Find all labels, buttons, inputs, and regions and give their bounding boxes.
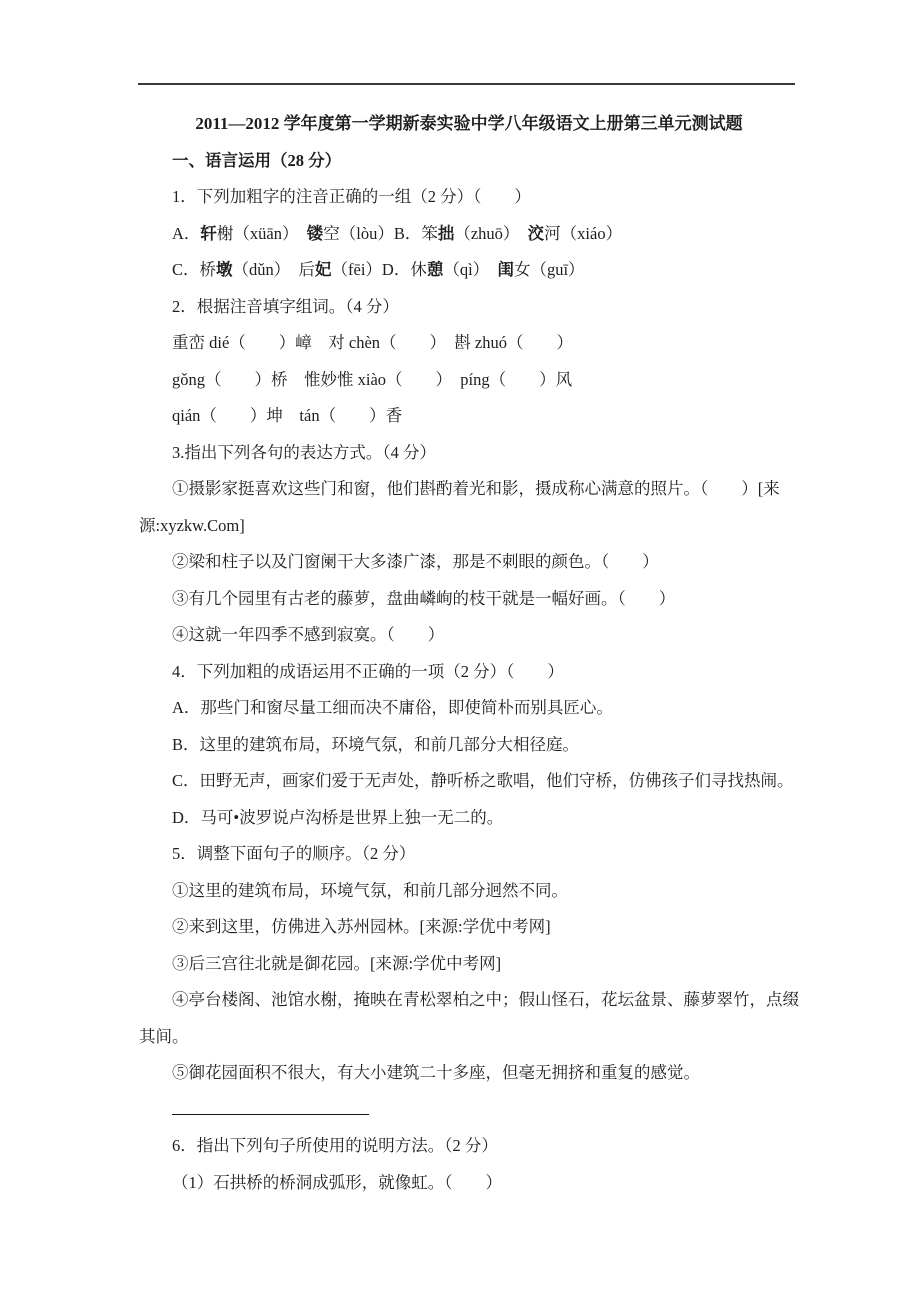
paragraph: 1．下列加粗字的注音正确的一组（2 分）（ ） xyxy=(139,179,799,216)
text-segment: gǒng（ ）桥 惟妙惟 xiào（ ） píng（ ）风 xyxy=(172,370,572,389)
paragraph: 重峦 dié（ ）嶂 对 chèn（ ） 斟 zhuó（ ） xyxy=(139,325,799,362)
text-segment: 2．根据注音填字组词。（4 分） xyxy=(172,297,399,316)
answer-blank xyxy=(139,1092,799,1129)
bold-char: 镂 xyxy=(307,224,324,243)
paragraph: gǒng（ ）桥 惟妙惟 xiào（ ） píng（ ）风 xyxy=(139,362,799,399)
document-body: 2011—2012 学年度第一学期新泰实验中学八年级语文上册第三单元测试题一、语… xyxy=(139,106,799,1201)
bold-char: 憩 xyxy=(427,260,444,279)
paragraph: ②梁和柱子以及门窗阑干大多漆广漆，那是不刺眼的颜色。（ ） xyxy=(139,544,799,581)
text-segment: （fēi）D．休 xyxy=(332,260,427,279)
document-page: 2011—2012 学年度第一学期新泰实验中学八年级语文上册第三单元测试题一、语… xyxy=(0,0,920,1302)
paragraph: ②来到这里，仿佛进入苏州园林。[来源:学优中考网] xyxy=(139,909,799,946)
paragraph: 5．调整下面句子的顺序。（2 分） xyxy=(139,836,799,873)
text-segment: 榭（xüān） xyxy=(217,224,307,243)
text-segment: ④这就一年四季不感到寂寞。（ ） xyxy=(172,625,444,644)
text-segment: B．这里的建筑布局，环境气氛，和前几部分大相径庭。 xyxy=(172,735,579,754)
paragraph: ①这里的建筑布局，环境气氛，和前几部分迥然不同。 xyxy=(139,873,799,910)
paragraph: 6．指出下列句子所使用的说明方法。（2 分） xyxy=(139,1128,799,1165)
text-segment: 5．调整下面句子的顺序。（2 分） xyxy=(172,844,415,863)
text-segment: 河（xiáo） xyxy=(544,224,622,243)
text-segment: 女（guī） xyxy=(514,260,585,279)
paragraph: B．这里的建筑布局，环境气氛，和前几部分大相径庭。 xyxy=(139,727,799,764)
paragraph: ①摄影家挺喜欢这些门和窗，他们斟酌着光和影，摄成称心满意的照片。（ ）[来源:x… xyxy=(139,471,799,544)
answer-blank-line xyxy=(172,1099,369,1115)
text-segment: C．桥 xyxy=(172,260,216,279)
text-segment: D．马可•波罗说卢沟桥是世界上独一无二的。 xyxy=(172,808,503,827)
text-segment: ②来到这里，仿佛进入苏州园林。[来源:学优中考网] xyxy=(172,917,551,936)
text-segment: （1）石拱桥的桥洞成弧形，就像虹。（ ） xyxy=(172,1173,502,1192)
paragraph: ③后三宫往北就是御花园。[来源:学优中考网] xyxy=(139,946,799,983)
paragraph: ④这就一年四季不感到寂寞。（ ） xyxy=(139,617,799,654)
text-segment: ①摄影家挺喜欢这些门和窗，他们斟酌着光和影，摄成称心满意的照片。（ ）[来源:x… xyxy=(139,479,780,535)
bold-char: 2011—2012 学年度第一学期新泰实验中学八年级语文上册第三单元测试题 xyxy=(195,114,742,133)
text-segment: qián（ ）坤 tán（ ）香 xyxy=(172,406,402,425)
paragraph: 2．根据注音填字组词。（4 分） xyxy=(139,289,799,326)
paragraph: C．桥墩（dǔn） 后妃（fēi）D．休憩（qì） 闺女（guī） xyxy=(139,252,799,289)
text-segment: 4．下列加粗的成语运用不正确的一项（2 分）（ ） xyxy=(172,662,564,681)
bold-char: 轩 xyxy=(200,224,217,243)
bold-char: 妃 xyxy=(315,260,332,279)
paragraph: A．那些门和窗尽量工细而决不庸俗，即使简朴而别具匠心。 xyxy=(139,690,799,727)
bold-char: 一、语言运用（28 分） xyxy=(172,151,341,170)
text-segment: A．那些门和窗尽量工细而决不庸俗，即使简朴而别具匠心。 xyxy=(172,698,613,717)
text-segment: ①这里的建筑布局，环境气氛，和前几部分迥然不同。 xyxy=(172,881,568,900)
paragraph: ④亭台楼阁、池馆水榭，掩映在青松翠柏之中；假山怪石，花坛盆景、藤萝翠竹，点缀其间… xyxy=(139,982,799,1055)
paragraph: A．轩榭（xüān） 镂空（lòu）B．笨拙（zhuō） 洨河（xiáo） xyxy=(139,216,799,253)
bold-char: 闺 xyxy=(497,260,514,279)
text-segment: ④亭台楼阁、池馆水榭，掩映在青松翠柏之中；假山怪石，花坛盆景、藤萝翠竹，点缀其间… xyxy=(139,990,799,1046)
text-segment: 3.指出下列各句的表达方式。（4 分） xyxy=(172,443,436,462)
text-segment: 6．指出下列句子所使用的说明方法。（2 分） xyxy=(172,1136,498,1155)
text-segment: ③有几个园里有古老的藤萝，盘曲嶙峋的枝干就是一幅好画。（ ） xyxy=(172,589,675,608)
text-segment: （dǔn） 后 xyxy=(233,260,316,279)
text-segment: 重峦 dié（ ）嶂 对 chèn（ ） 斟 zhuó（ ） xyxy=(172,333,573,352)
bold-char: 墩 xyxy=(216,260,233,279)
paragraph: ③有几个园里有古老的藤萝，盘曲嶙峋的枝干就是一幅好画。（ ） xyxy=(139,581,799,618)
text-segment: 1．下列加粗字的注音正确的一组（2 分）（ ） xyxy=(172,187,531,206)
paragraph: ⑤御花园面积不很大，有大小建筑二十多座，但毫无拥挤和重复的感觉。 xyxy=(139,1055,799,1092)
page-header-rule xyxy=(138,83,795,85)
section-heading: 一、语言运用（28 分） xyxy=(139,143,799,180)
bold-char: 洨 xyxy=(528,224,545,243)
text-segment: （qì） xyxy=(443,260,497,279)
bold-char: 拙 xyxy=(438,224,455,243)
text-segment: 空（lòu）B．笨 xyxy=(323,224,438,243)
text-segment: （zhuō） xyxy=(454,224,527,243)
text-segment: A． xyxy=(172,224,200,243)
paragraph: qián（ ）坤 tán（ ）香 xyxy=(139,398,799,435)
paragraph: 3.指出下列各句的表达方式。（4 分） xyxy=(139,435,799,472)
paragraph: （1）石拱桥的桥洞成弧形，就像虹。（ ） xyxy=(139,1165,799,1202)
paragraph: 4．下列加粗的成语运用不正确的一项（2 分）（ ） xyxy=(139,654,799,691)
test-title: 2011—2012 学年度第一学期新泰实验中学八年级语文上册第三单元测试题 xyxy=(139,106,799,143)
text-segment: ⑤御花园面积不很大，有大小建筑二十多座，但毫无拥挤和重复的感觉。 xyxy=(172,1063,700,1082)
paragraph: C．田野无声，画家们爱于无声处，静听桥之歌唱，他们守桥，仿佛孩子们寻找热闹。 xyxy=(139,763,799,800)
text-segment: ②梁和柱子以及门窗阑干大多漆广漆，那是不刺眼的颜色。（ ） xyxy=(172,552,659,571)
text-segment: C．田野无声，画家们爱于无声处，静听桥之歌唱，他们守桥，仿佛孩子们寻找热闹。 xyxy=(172,771,794,790)
paragraph: D．马可•波罗说卢沟桥是世界上独一无二的。 xyxy=(139,800,799,837)
text-segment: ③后三宫往北就是御花园。[来源:学优中考网] xyxy=(172,954,501,973)
